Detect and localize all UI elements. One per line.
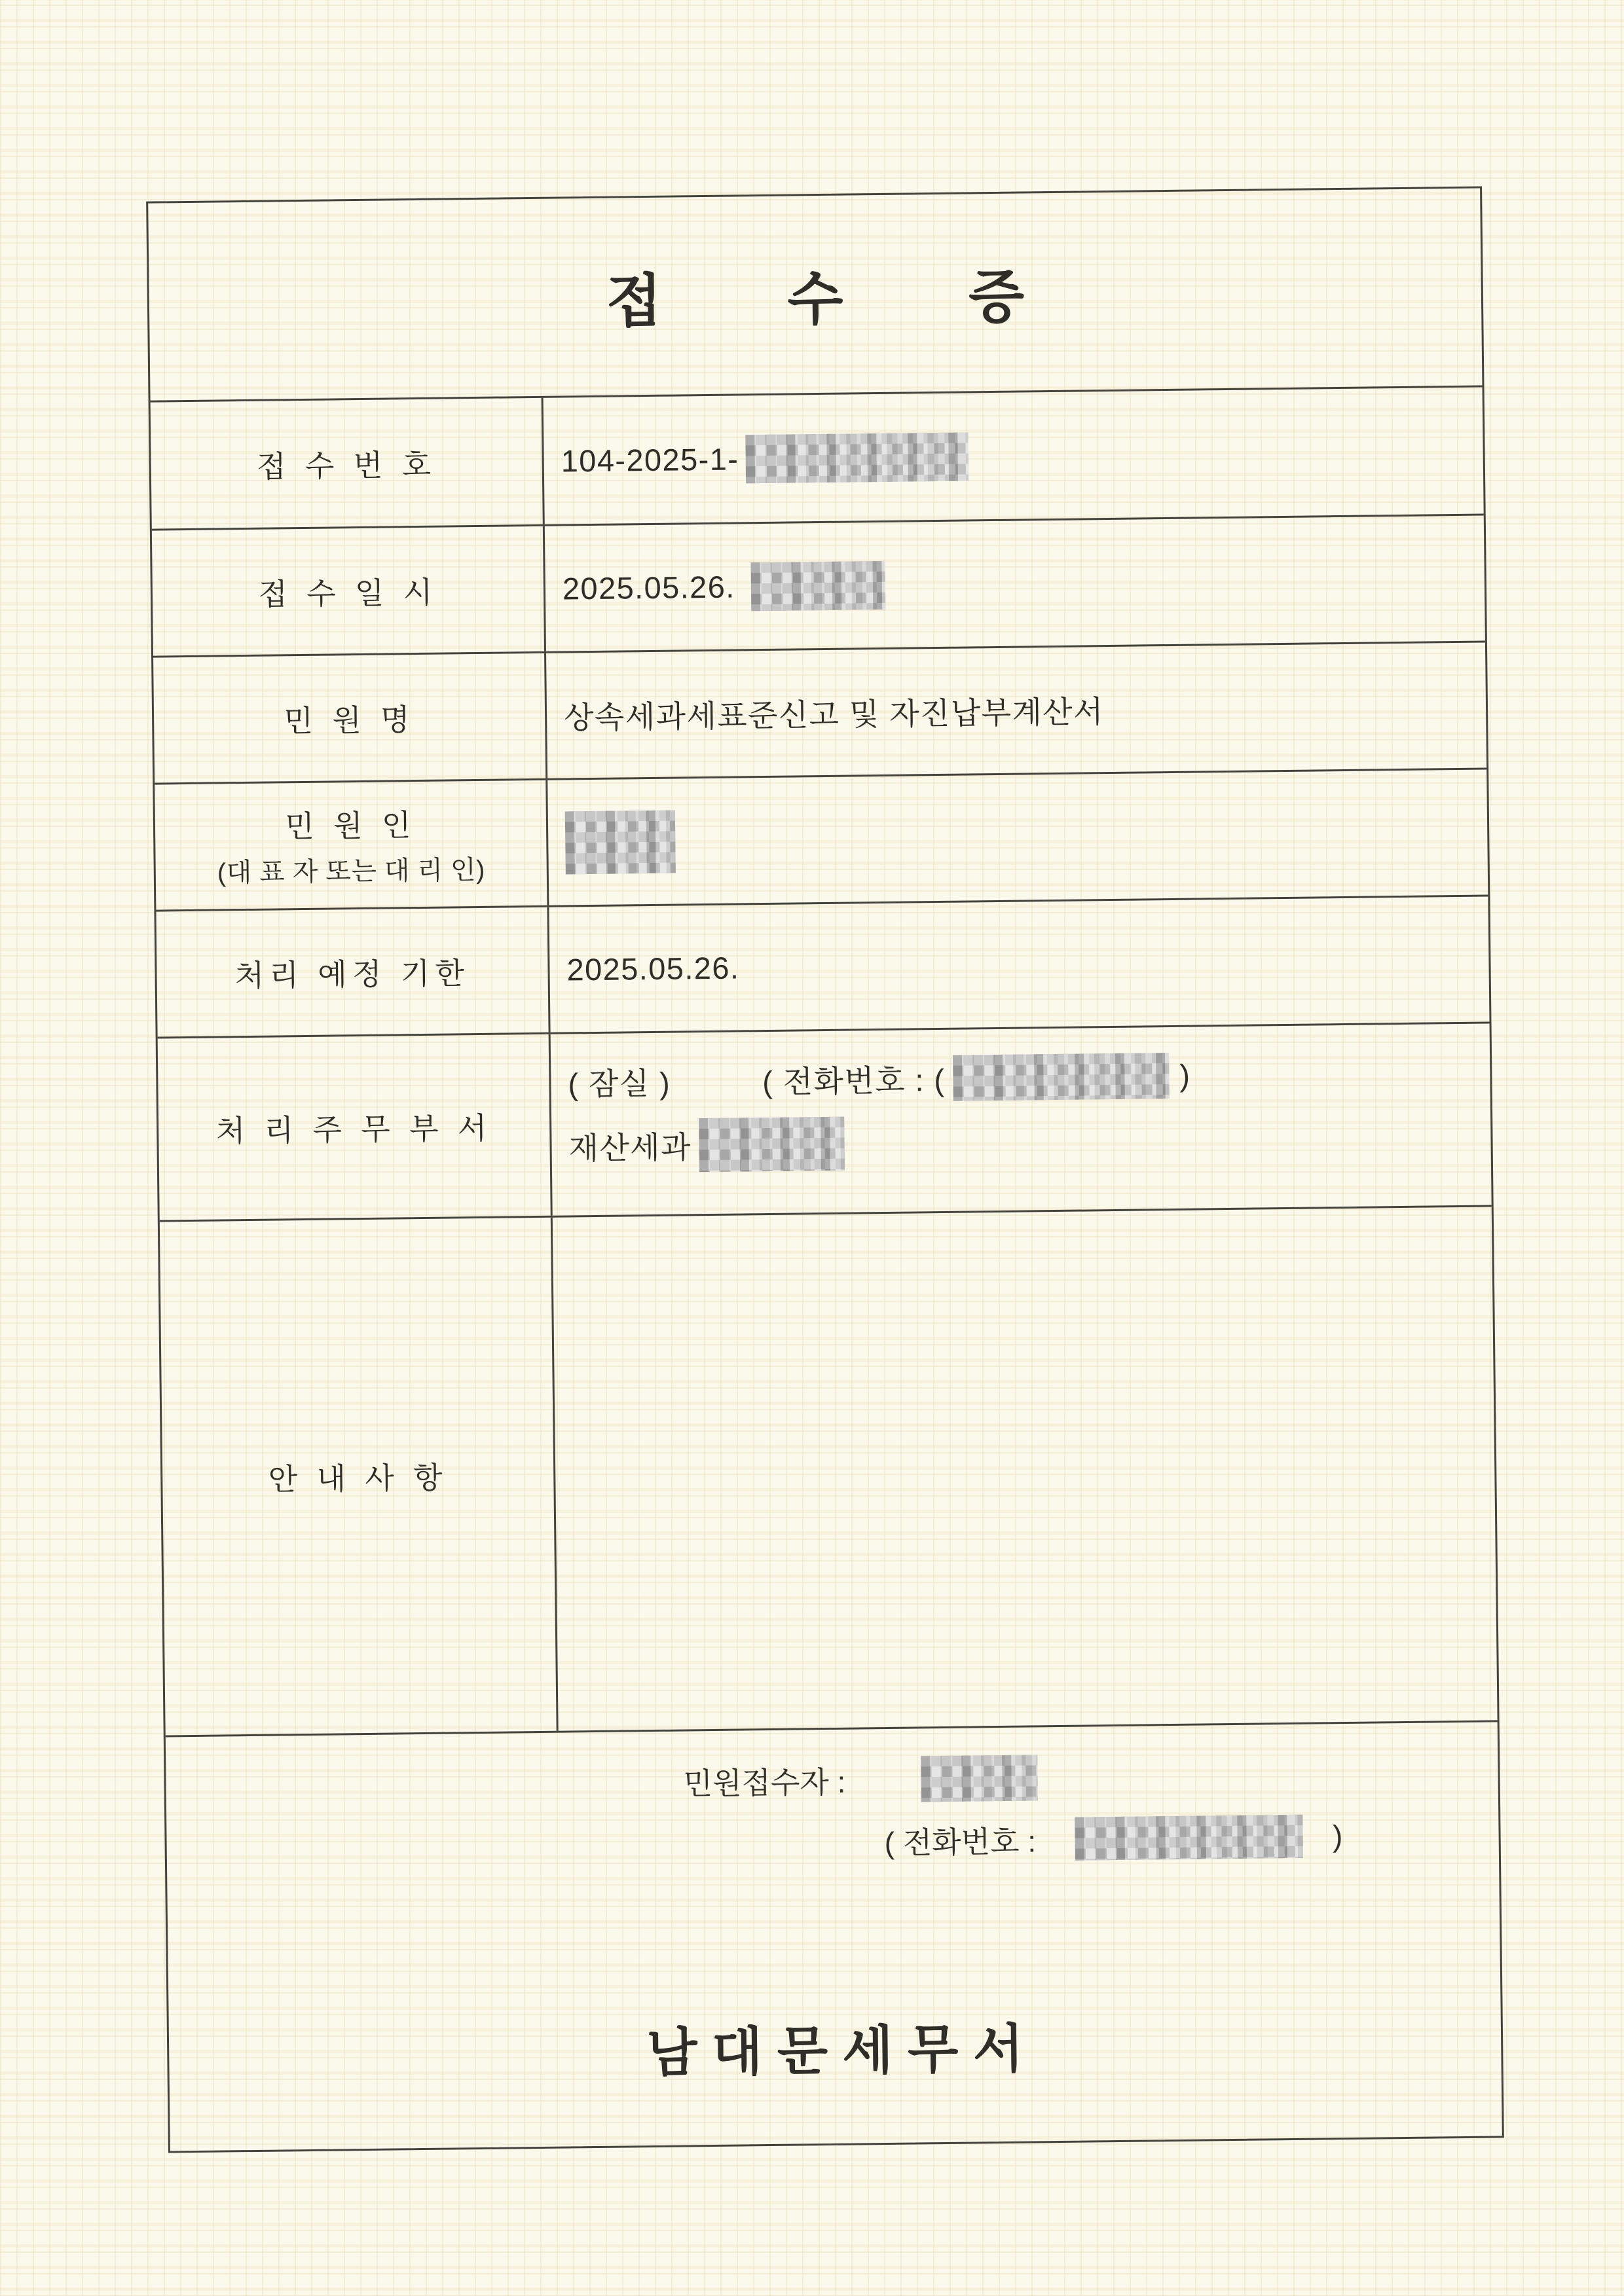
- receiver-line: 민원접수자 :: [683, 1749, 1498, 1804]
- receipt-footer: 민원접수자 : ( 전화번호 : ) 남대문세무서: [166, 1720, 1502, 2151]
- applicant-label: 민 원 인: [285, 801, 416, 846]
- receipt-datetime-value: 2025.05.26.: [563, 569, 735, 607]
- department-branch: ( 잠실 ): [568, 1059, 671, 1104]
- processing-deadline-value-cell: 2025.05.26.: [549, 896, 1489, 1032]
- row-receipt-datetime: 접 수 일 시 2025.05.26.: [152, 514, 1485, 656]
- department-branch-line: ( 잠실 ) ( 전화번호 : ( ): [568, 1052, 1191, 1105]
- receiver-phone-suffix: ): [1333, 1818, 1343, 1853]
- civil-service-name-value-cell: 상속세과세표준신고 및 자진납부계산서: [546, 643, 1486, 778]
- processing-department-value-cell: ( 잠실 ) ( 전화번호 : ( ) 재산세과: [551, 1023, 1492, 1215]
- processing-department-label: 처 리 주 무 부 서: [216, 1104, 492, 1150]
- receipt-document: 접 수 증 접 수 번 호 104-2025-1- 접 수 일 시 2025.0…: [146, 187, 1504, 2153]
- redacted-department-team: [699, 1116, 845, 1172]
- department-name: 재산세과: [568, 1123, 692, 1168]
- guidance-notes-value-cell: [553, 1207, 1498, 1730]
- redacted-receiver-phone: [1075, 1815, 1304, 1861]
- receipt-datetime-label-cell: 접 수 일 시: [152, 526, 546, 656]
- row-receipt-number: 접 수 번 호 104-2025-1-: [151, 386, 1484, 529]
- department-phone-prefix: ( 전화번호 : (: [762, 1056, 946, 1102]
- processing-deadline-label: 처리 예정 기한: [234, 949, 470, 995]
- receipt-datetime-label: 접 수 일 시: [258, 568, 438, 613]
- applicant-value-cell: [547, 770, 1488, 905]
- row-civil-service-name: 민 원 명 상속세과세표준신고 및 자진납부계산서: [153, 641, 1486, 783]
- civil-service-name-value: 상속세과세표준신고 및 자진납부계산서: [564, 687, 1104, 737]
- receipt-datetime-value-cell: 2025.05.26.: [545, 516, 1485, 651]
- receiver-phone-prefix: ( 전화번호 :: [884, 1817, 1036, 1863]
- row-processing-deadline: 처리 예정 기한 2025.05.26.: [156, 894, 1489, 1036]
- scanned-receipt-page: 접 수 증 접 수 번 호 104-2025-1- 접 수 일 시 2025.0…: [0, 0, 1624, 2296]
- civil-service-name-label: 민 원 명: [284, 696, 415, 740]
- receipt-title: 접 수 증: [551, 250, 1079, 338]
- redacted-applicant-name: [565, 810, 676, 874]
- receiver-phone-line: ( 전화번호 : ): [884, 1812, 1499, 1863]
- redacted-receipt-time: [750, 560, 885, 610]
- applicant-sublabel: (대 표 자 또는 대 리 인): [217, 849, 485, 890]
- guidance-notes-label: 안 내 사 항: [268, 1454, 448, 1499]
- processing-deadline-value: 2025.05.26.: [566, 949, 739, 987]
- redacted-receipt-number: [745, 432, 969, 483]
- redacted-department-phone: [953, 1053, 1170, 1101]
- title-row: 접 수 증: [148, 189, 1482, 401]
- receipt-number-value-cell: 104-2025-1-: [544, 388, 1484, 524]
- receiver-label: 민원접수자 :: [683, 1758, 845, 1804]
- receipt-number-label: 접 수 번 호: [257, 441, 437, 486]
- tax-office-name: 남대문세무서: [169, 2001, 1502, 2091]
- civil-service-name-label-cell: 민 원 명: [153, 653, 547, 783]
- receipt-number-label-cell: 접 수 번 호: [151, 398, 545, 529]
- department-name-line: 재산세과: [568, 1116, 845, 1173]
- guidance-notes-label-cell: 안 내 사 항: [160, 1218, 559, 1736]
- row-applicant: 민 원 인 (대 표 자 또는 대 리 인): [155, 768, 1488, 910]
- processing-department-label-cell: 처 리 주 무 부 서: [158, 1034, 553, 1220]
- processing-deadline-label-cell: 처리 예정 기한: [156, 907, 550, 1037]
- department-phone-group: ( 전화번호 : ( ): [762, 1052, 1191, 1102]
- department-phone-suffix: ): [1179, 1057, 1191, 1093]
- redacted-receiver-name: [921, 1755, 1038, 1802]
- row-processing-department: 처 리 주 무 부 서 ( 잠실 ) ( 전화번호 : ( ) 재산세과: [158, 1021, 1492, 1220]
- receipt-number-value: 104-2025-1-: [561, 441, 739, 479]
- applicant-label-cell: 민 원 인 (대 표 자 또는 대 리 인): [155, 780, 549, 910]
- row-guidance-notes: 안 내 사 항: [160, 1205, 1498, 1735]
